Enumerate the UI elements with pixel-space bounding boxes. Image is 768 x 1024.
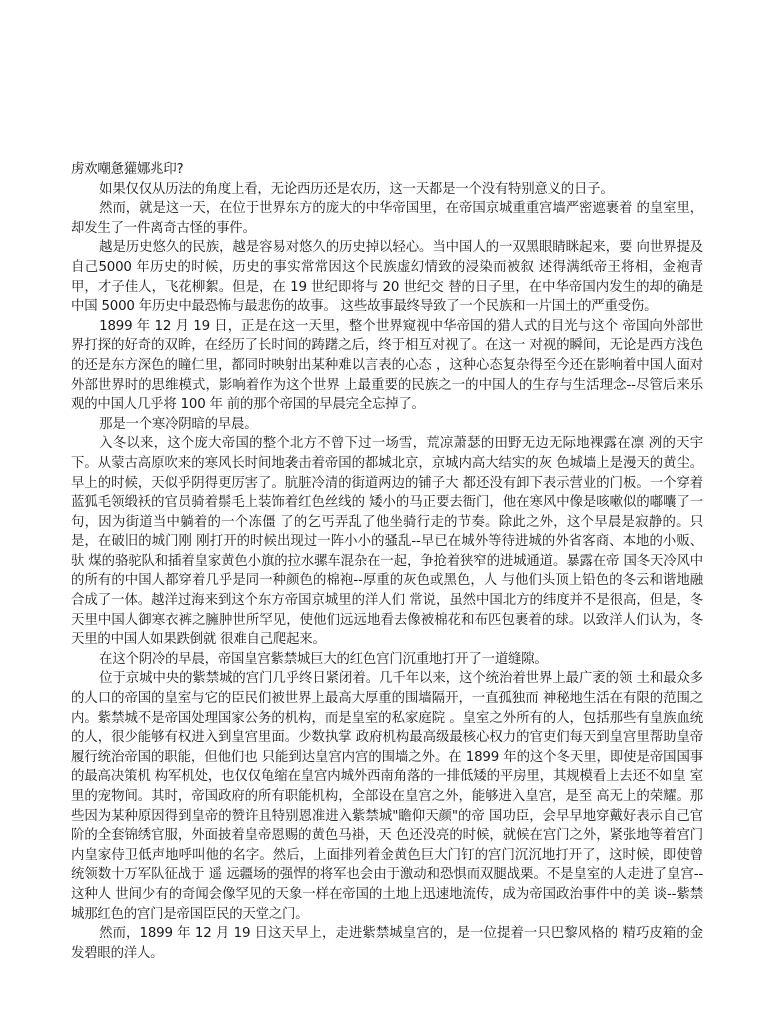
garbled-heading-line: 虏欢嘲惫獾娜兆印? [71, 160, 703, 180]
paragraph-history: 越是历史悠久的民族，越是容易对悠久的历史掉以轻心。当中国人的一双黑眼睛眯起来，要… [71, 238, 703, 316]
document-page: 虏欢嘲惫獾娜兆印? 如果仅仅从历法的角度上看，无论西历还是农历，这一天都是一个没… [71, 160, 703, 963]
paragraph-palace-gate-opens: 在这个阴冷的早晨，帝国皇宫紫禁城巨大的红色宫门沉重地打开了一道缝隙。 [71, 650, 703, 670]
paragraph-cold-morning: 那是一个寒冷阴暗的早晨。 [71, 415, 703, 435]
paragraph-forbidden-city: 位于京城中央的紫禁城的宫门几乎终日紧闭着。几千年以来，这个统治着世界上最广袤的领… [71, 669, 703, 924]
paragraph-winter-beijing: 入冬以来，这个庞大帝国的整个北方不曾下过一场雪，荒凉萧瑟的田野无边无际地裸露在凛… [71, 434, 703, 650]
paragraph-foreigner-arrives: 然而，1899 年 12 月 19 日这天早上，走进紫禁城皇宫的，是一位提着一只… [71, 924, 703, 963]
paragraph-1899-gaze: 1899 年 12 月 19 日，正是在这一天里，整个世界窥视中华帝国的猎人式的… [71, 317, 703, 415]
paragraph-strange-event: 然而，就是这一天，在位于世界东方的庞大的中华帝国里，在帝国京城重重宫墙严密遮裹着… [71, 199, 703, 238]
paragraph-calendar: 如果仅仅从历法的角度上看，无论西历还是农历，这一天都是一个没有特别意义的日子。 [71, 180, 703, 200]
